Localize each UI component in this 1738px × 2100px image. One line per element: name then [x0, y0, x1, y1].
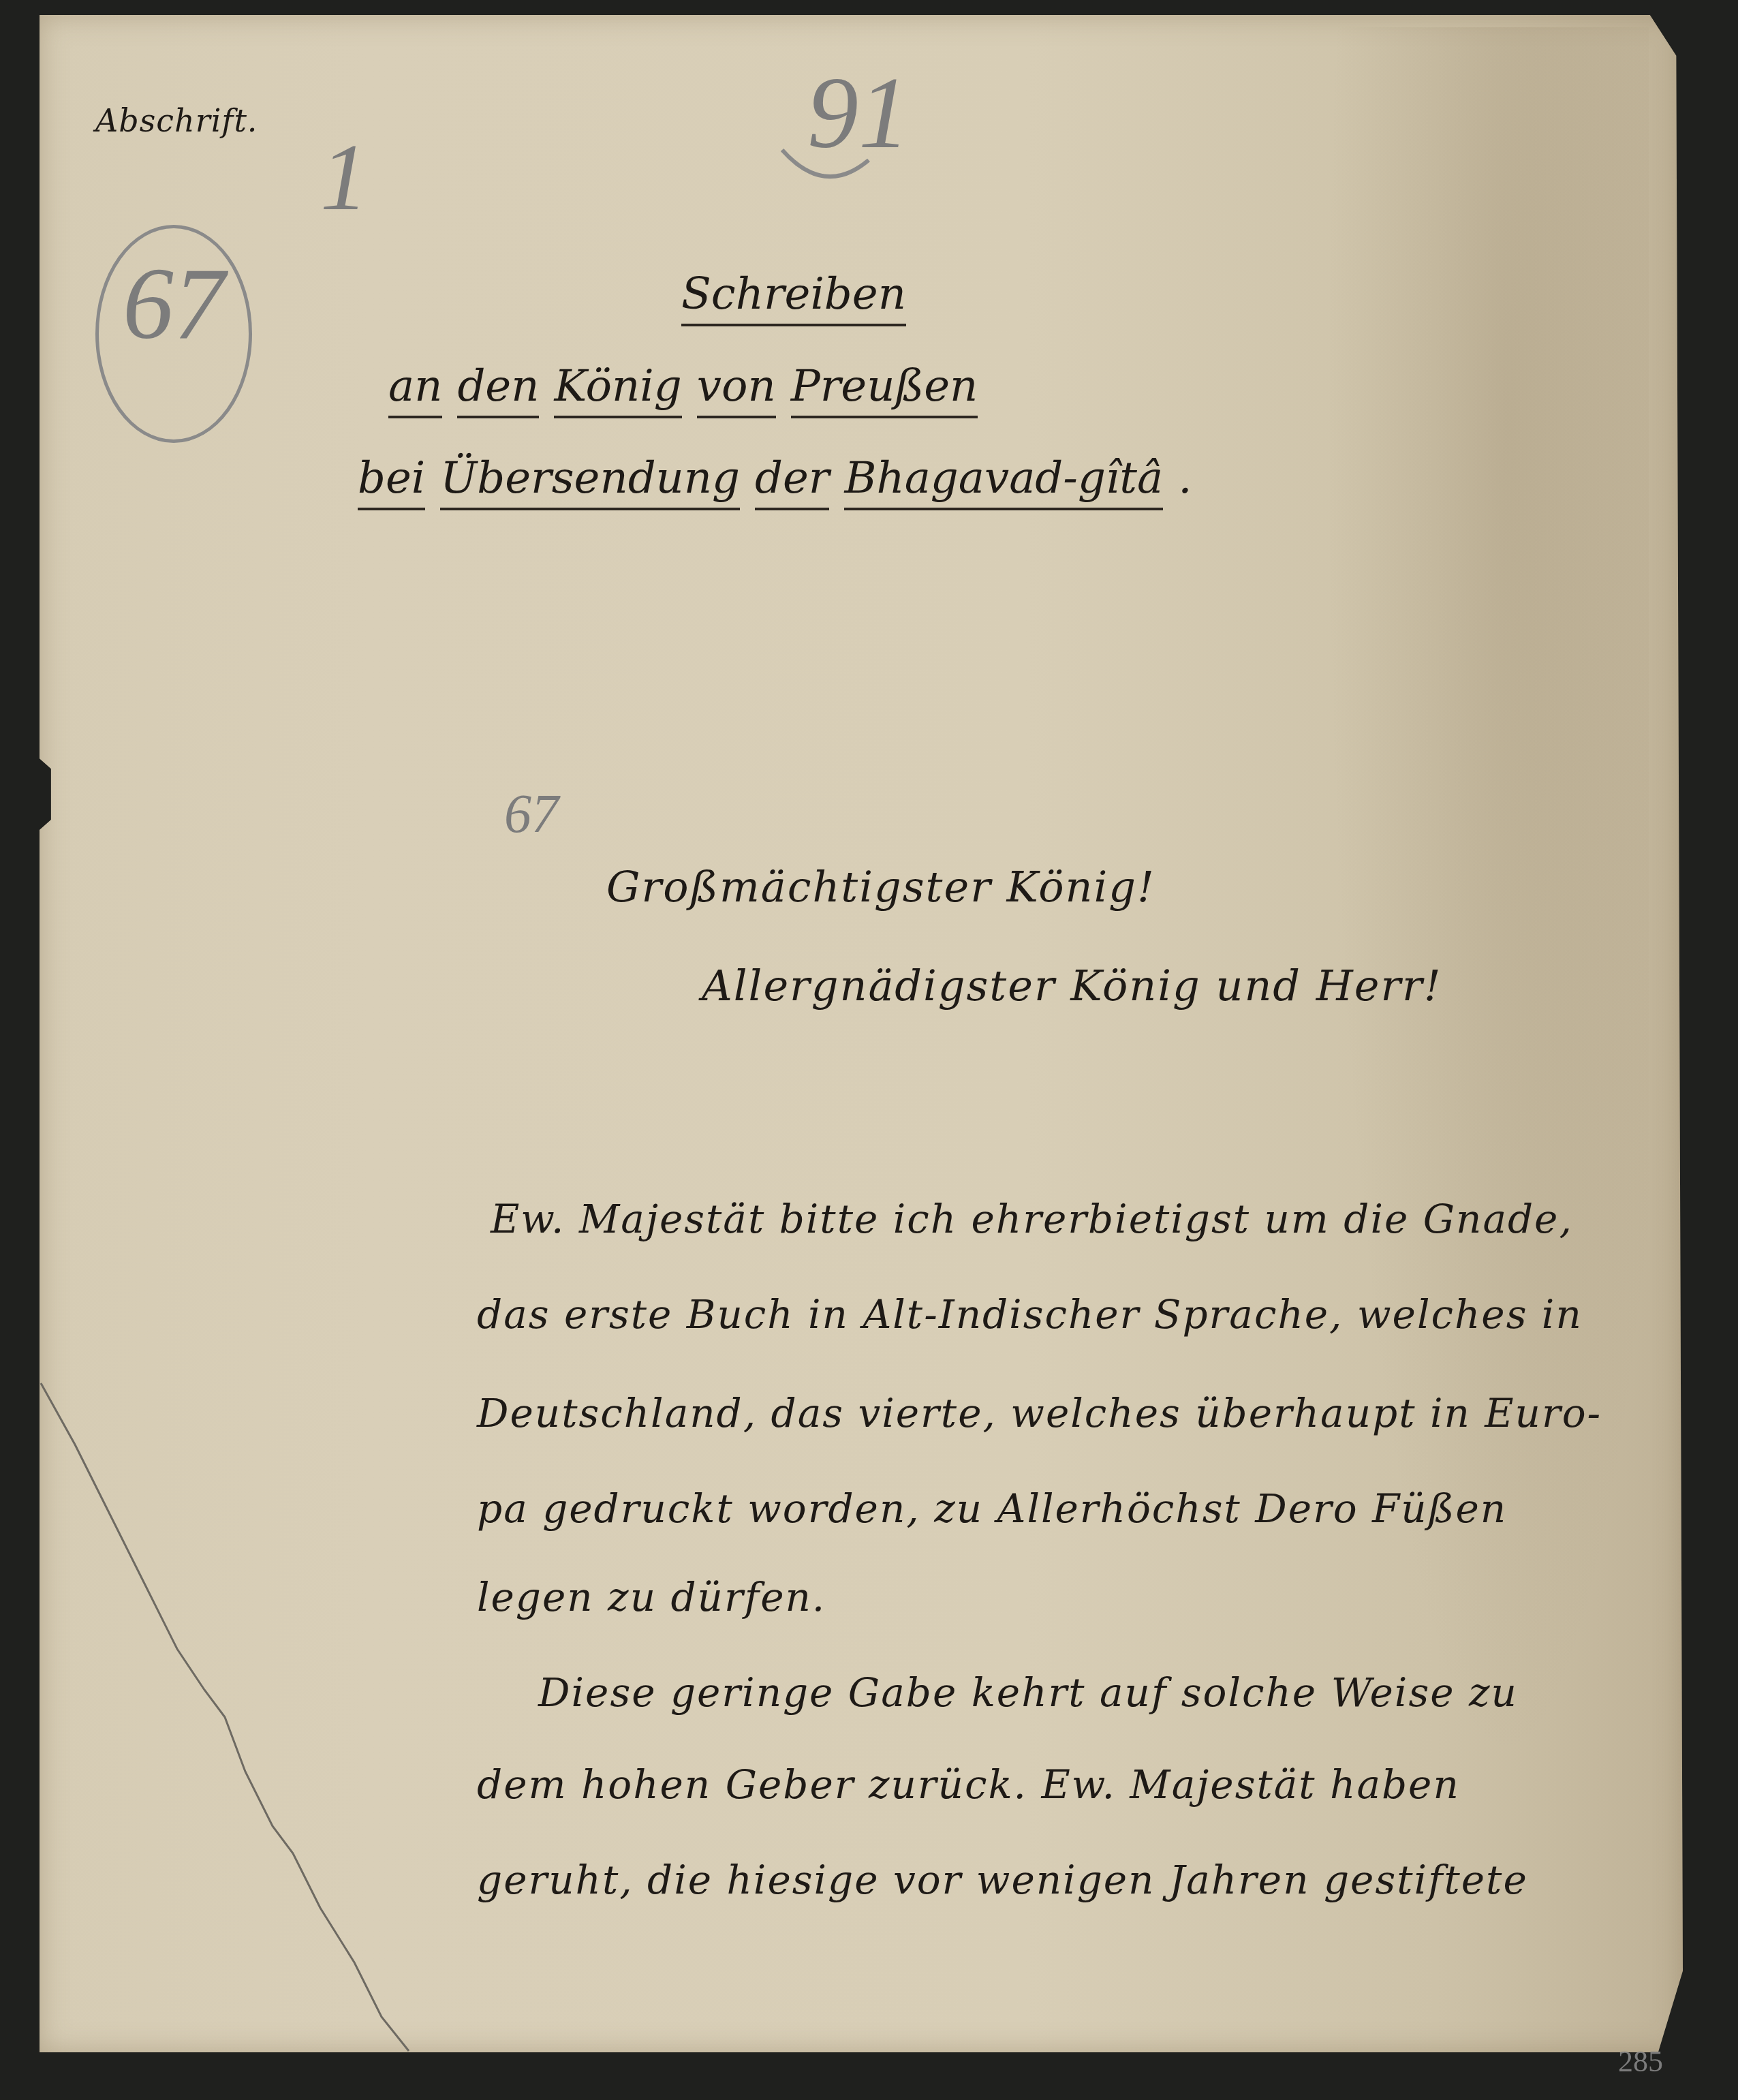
salutation-line-1: Großmächtigster König!: [606, 862, 1155, 912]
title-line-3: beiÜbersendungderBhagavad-gîtâ.: [358, 453, 1192, 504]
body-line: legen zu dürfen.: [477, 1574, 826, 1620]
page-number-bottom: 285: [1618, 2044, 1663, 2079]
body-line: Diese geringe Gabe kehrt auf solche Weis…: [538, 1669, 1518, 1716]
title-word: Bhagavad-gîtâ: [844, 453, 1163, 510]
title-line-2: andenKönigvonPreußen: [388, 361, 993, 412]
pencil-number-1: 1: [320, 123, 368, 232]
title-word: an: [388, 361, 442, 418]
title-word: König: [554, 361, 681, 418]
title-line-1: Schreiben: [681, 269, 921, 320]
body-line: Ew. Majestät bitte ich ehrerbietigst um …: [491, 1196, 1573, 1242]
salutation-line-2: Allergnädigster König und Herr!: [702, 961, 1442, 1010]
abschrift-annotation: Abschrift.: [95, 102, 258, 139]
body-line: geruht, die hiesige vor wenigen Jahren g…: [477, 1857, 1528, 1903]
margin-number: 67: [504, 784, 559, 846]
title-word: Übersendung: [440, 453, 740, 510]
title-word: der: [755, 453, 829, 510]
body-line: das erste Buch in Alt-Indischer Sprache,…: [477, 1291, 1583, 1338]
title-word: von: [697, 361, 776, 418]
circled-number: 67: [123, 245, 225, 362]
body-line: Deutschland, das vierte, welches überhau…: [477, 1390, 1602, 1436]
title-period: .: [1178, 453, 1192, 504]
title-word: bei: [358, 453, 425, 510]
title-word: den: [457, 361, 539, 418]
title-word: Preußen: [791, 361, 978, 418]
title-word: Schreiben: [681, 269, 906, 326]
body-line: dem hohen Geber zurück. Ew. Majestät hab…: [477, 1761, 1460, 1808]
body-line: pa gedruckt worden, zu Allerhöchst Dero …: [477, 1485, 1507, 1532]
folio-underline-arc: [777, 143, 879, 191]
